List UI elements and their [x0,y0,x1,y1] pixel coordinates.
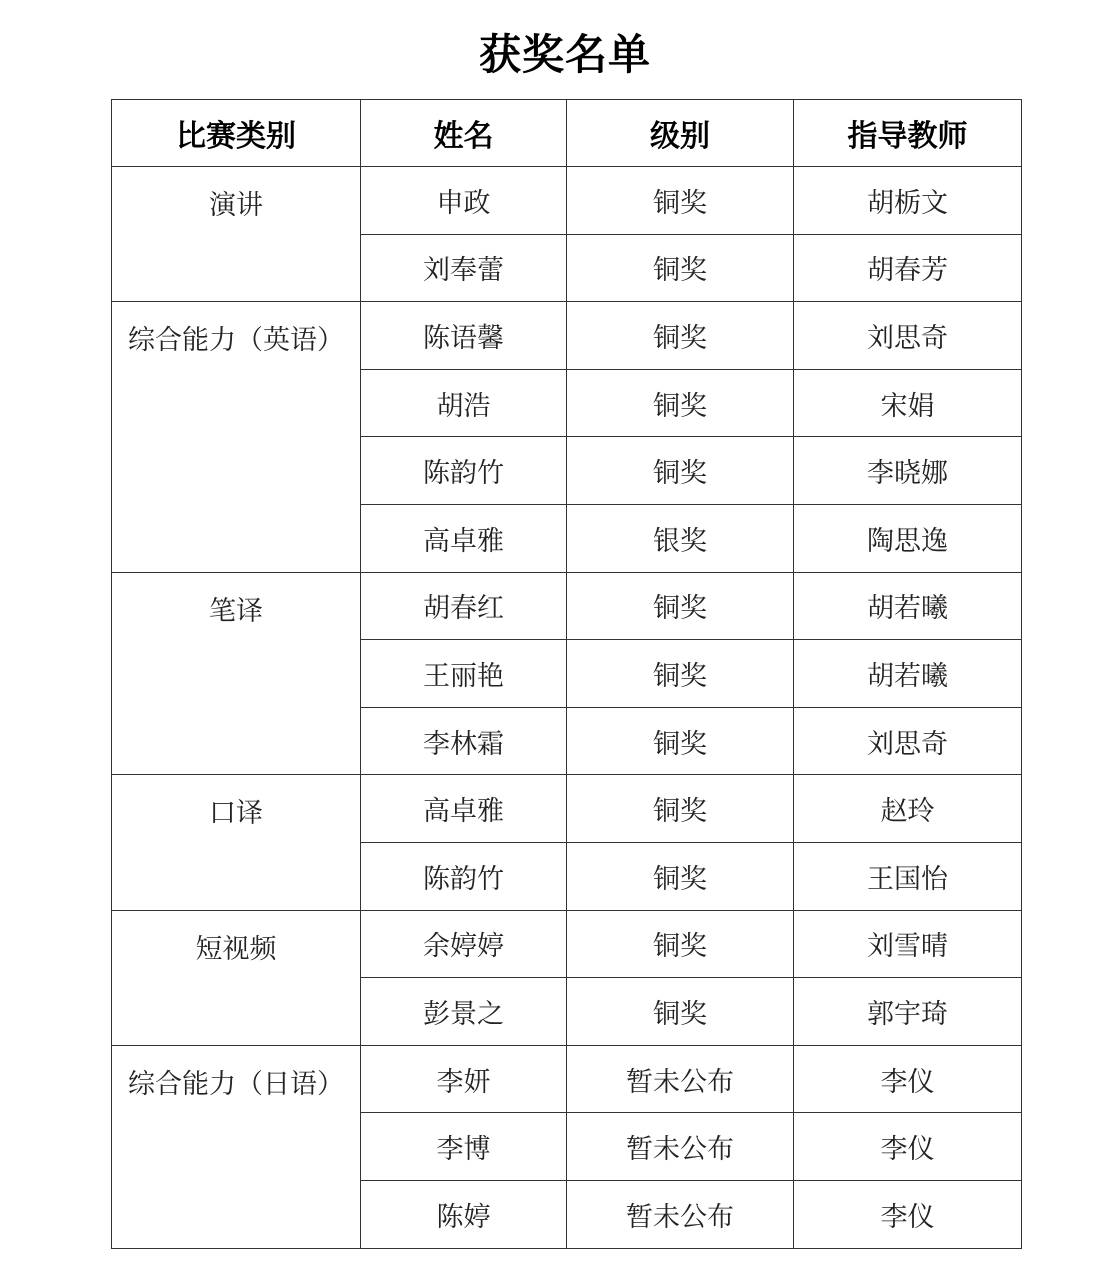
level-cell: 铜奖 [567,369,794,437]
table-row: 口译 高卓雅 铜奖 赵玲 [112,775,1022,843]
teacher-cell: 胡若曦 [794,572,1022,640]
teacher-cell: 胡春芳 [794,234,1022,302]
teacher-cell: 李仪 [794,1180,1022,1248]
teacher-cell: 刘思奇 [794,707,1022,775]
teacher-cell: 李仪 [794,1113,1022,1181]
header-level: 级别 [567,100,794,167]
level-cell: 铜奖 [567,775,794,843]
level-cell: 铜奖 [567,978,794,1046]
teacher-cell: 宋娟 [794,369,1022,437]
level-cell: 铜奖 [567,707,794,775]
name-cell: 彭景之 [361,978,567,1046]
level-cell: 暂未公布 [567,1113,794,1181]
name-cell: 胡浩 [361,369,567,437]
name-cell: 刘奉蕾 [361,234,567,302]
name-cell: 胡春红 [361,572,567,640]
level-cell: 铜奖 [567,302,794,370]
header-teacher: 指导教师 [794,100,1022,167]
page-title: 获奖名单 [0,22,1116,82]
table-row: 综合能力（英语） 陈语馨 铜奖 刘思奇 [112,302,1022,370]
name-cell: 李妍 [361,1045,567,1113]
header-row: 比赛类别 姓名 级别 指导教师 [112,100,1022,167]
level-cell: 铜奖 [567,437,794,505]
name-cell: 李林霜 [361,707,567,775]
level-cell: 暂未公布 [567,1045,794,1113]
table-row: 笔译 胡春红 铜奖 胡若曦 [112,572,1022,640]
name-cell: 陈语馨 [361,302,567,370]
category-cell: 短视频 [112,910,361,1045]
level-cell: 铜奖 [567,910,794,978]
teacher-cell: 李仪 [794,1045,1022,1113]
header-name: 姓名 [361,100,567,167]
level-cell: 铜奖 [567,572,794,640]
category-cell: 演讲 [112,167,361,302]
category-cell: 笔译 [112,572,361,775]
name-cell: 陈韵竹 [361,437,567,505]
level-cell: 铜奖 [567,234,794,302]
teacher-cell: 赵玲 [794,775,1022,843]
name-cell: 王丽艳 [361,640,567,708]
name-cell: 陈婷 [361,1180,567,1248]
teacher-cell: 陶思逸 [794,504,1022,572]
category-cell: 综合能力（英语） [112,302,361,572]
teacher-cell: 胡若曦 [794,640,1022,708]
teacher-cell: 刘思奇 [794,302,1022,370]
name-cell: 李博 [361,1113,567,1181]
level-cell: 铜奖 [567,640,794,708]
teacher-cell: 王国怡 [794,842,1022,910]
category-cell: 口译 [112,775,361,910]
level-cell: 暂未公布 [567,1180,794,1248]
table-row: 综合能力（日语） 李妍 暂未公布 李仪 [112,1045,1022,1113]
teacher-cell: 刘雪晴 [794,910,1022,978]
name-cell: 高卓雅 [361,775,567,843]
table-row: 短视频 余婷婷 铜奖 刘雪晴 [112,910,1022,978]
name-cell: 申政 [361,167,567,235]
header-category: 比赛类别 [112,100,361,167]
teacher-cell: 胡栃文 [794,167,1022,235]
name-cell: 高卓雅 [361,504,567,572]
teacher-cell: 郭宇琦 [794,978,1022,1046]
table-row: 演讲 申政 铜奖 胡栃文 [112,167,1022,235]
level-cell: 银奖 [567,504,794,572]
level-cell: 铜奖 [567,842,794,910]
name-cell: 陈韵竹 [361,842,567,910]
awards-table: 比赛类别 姓名 级别 指导教师 演讲 申政 铜奖 胡栃文 刘奉蕾 铜奖 胡春芳 … [111,99,1022,1249]
category-cell: 综合能力（日语） [112,1045,361,1248]
teacher-cell: 李晓娜 [794,437,1022,505]
level-cell: 铜奖 [567,167,794,235]
name-cell: 余婷婷 [361,910,567,978]
